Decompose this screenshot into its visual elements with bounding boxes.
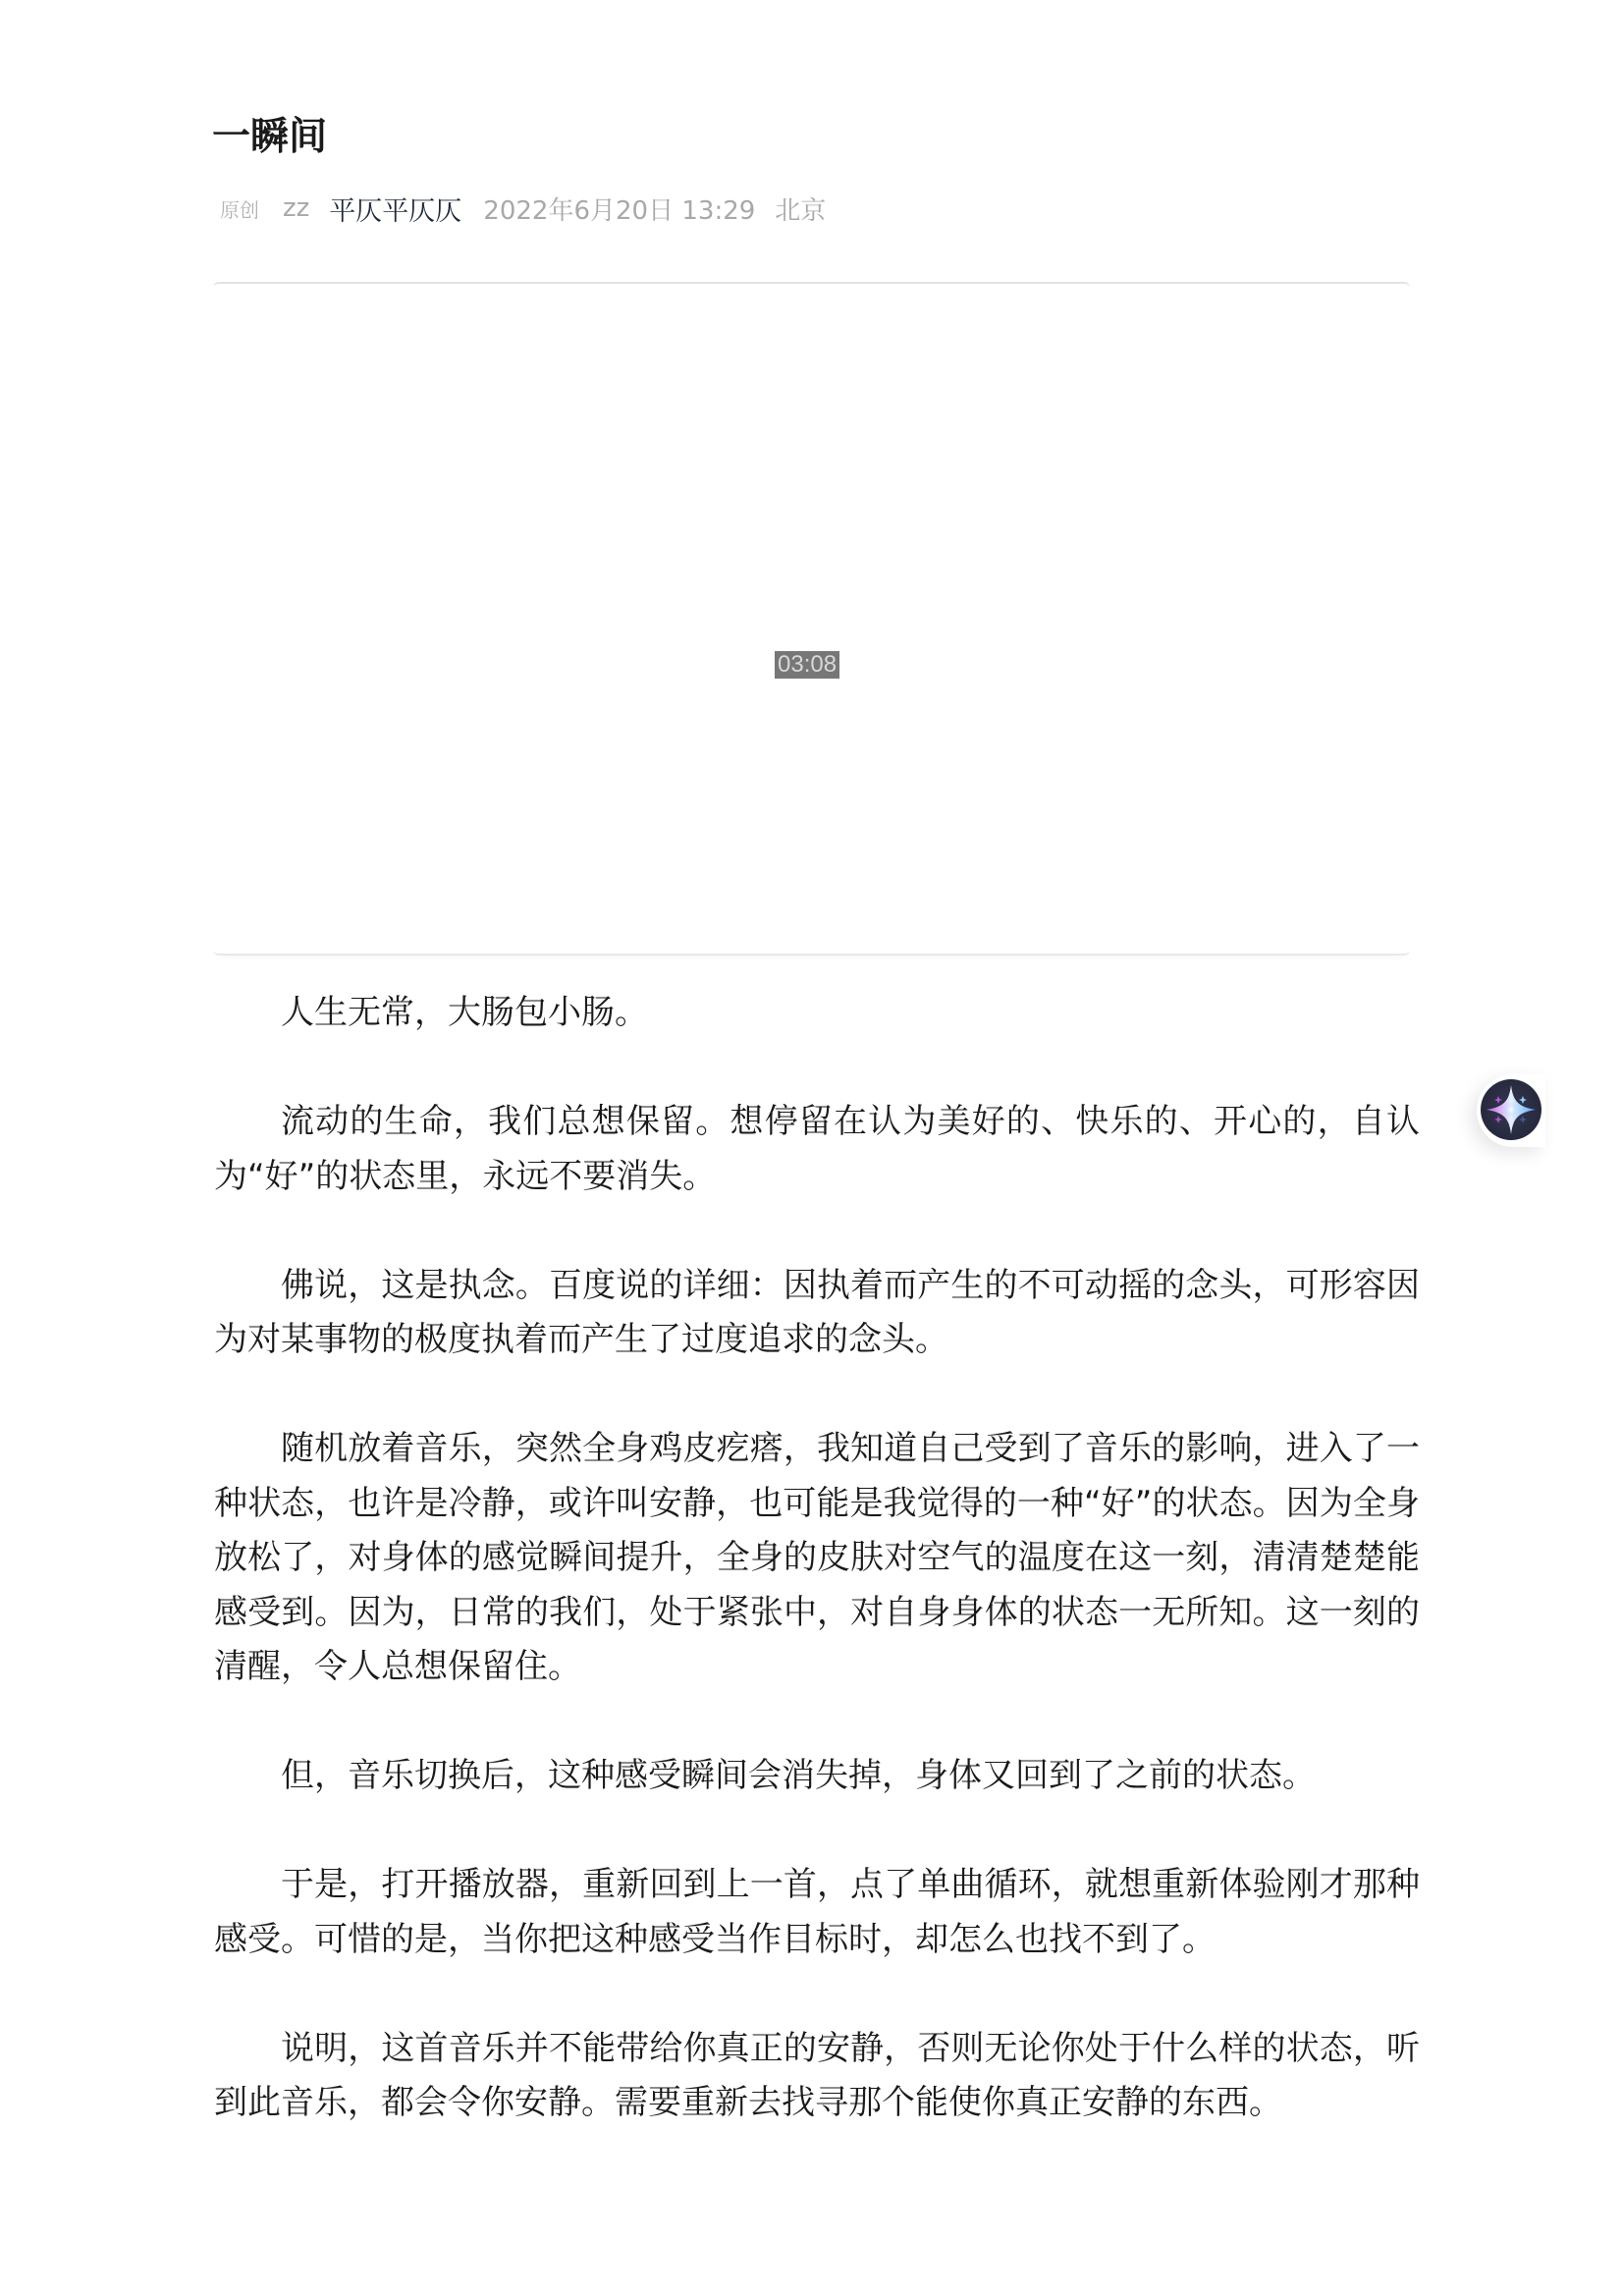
paragraph: 但，音乐切换后，这种感受瞬间会消失掉，身体又回到了之前的状态。 <box>214 1749 1420 1804</box>
original-tag: 原创 <box>220 194 259 223</box>
ai-assistant-button[interactable] <box>1481 1079 1541 1140</box>
sparkle-icon <box>1481 1079 1541 1140</box>
paragraph: 佛说，这是执念。百度说的详细：因执着而产生的不可动摇的念头，可形容因为对某事物的… <box>214 1259 1420 1368</box>
publish-location: 北京 <box>775 191 826 227</box>
paragraph-spacer <box>214 1204 1420 1259</box>
paragraph: 于是，打开播放器，重新回到上一首，点了单曲循环，就想重新体验刚才那种感受。可惜的… <box>214 1858 1420 1967</box>
article-body: 人生无常，大肠包小肠。 流动的生命，我们总想保留。想停留在认为美好的、快乐的、开… <box>214 986 1420 2131</box>
paragraph-spacer <box>214 1967 1420 2022</box>
paragraph: 流动的生命，我们总想保留。想停留在认为美好的、快乐的、开心的，自认为“好”的状态… <box>214 1095 1420 1204</box>
paragraph-spacer <box>214 1695 1420 1750</box>
paragraph-spacer <box>214 1041 1420 1096</box>
paragraph-spacer <box>214 1804 1420 1859</box>
paragraph-spacer <box>214 1368 1420 1423</box>
paragraph: 人生无常，大肠包小肠。 <box>214 986 1420 1041</box>
article-meta: 原创 zz 平仄平仄仄 2022年6月20日 13:29 北京 <box>220 191 826 226</box>
video-player[interactable]: 03:08 <box>213 282 1410 956</box>
paragraph: 说明，这首音乐并不能带给你真正的安静，否则无论你处于什么样的状态，听到此音乐，都… <box>214 2022 1420 2131</box>
video-duration: 03:08 <box>775 651 839 679</box>
author-name: zz <box>283 193 309 223</box>
article-title: 一瞬间 <box>212 114 327 161</box>
account-name-link[interactable]: 平仄平仄仄 <box>329 190 461 228</box>
publish-date: 2022年6月20日 13:29 <box>483 191 755 227</box>
paragraph: 随机放着音乐，突然全身鸡皮疙瘩，我知道自己受到了音乐的影响，进入了一种状态，也许… <box>214 1422 1420 1695</box>
